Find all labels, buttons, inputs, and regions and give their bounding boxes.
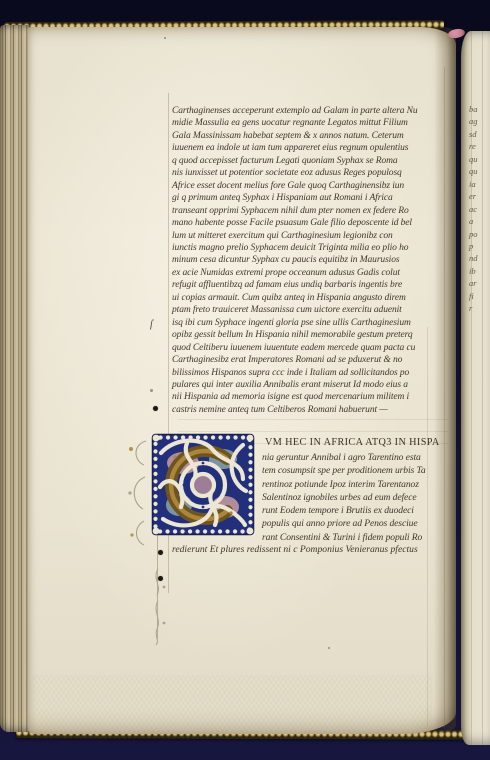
crease-line bbox=[482, 31, 483, 745]
text-fragment: ba bbox=[469, 103, 478, 115]
text-line: bilissimos Hispanos supra ccc inde i Ita… bbox=[172, 367, 448, 379]
text-line: redierunt Et plures redissent ni c Pompo… bbox=[172, 544, 457, 555]
text-fragment: p bbox=[469, 240, 478, 252]
ink-dot bbox=[153, 406, 158, 411]
margin-flourish bbox=[146, 567, 176, 647]
text-fragment: a bbox=[469, 215, 478, 227]
margin-nota-mark: ſ bbox=[150, 319, 153, 330]
text-fragment: nd bbox=[469, 252, 478, 264]
text-line: q quod accepisset facturum Legati quonia… bbox=[172, 155, 448, 167]
page-stack-edge bbox=[0, 25, 30, 732]
text-line: rant Consentini & Turini i fidem populi … bbox=[262, 531, 452, 544]
text-line: iunctis magno prelio Syphacem deuicit Tr… bbox=[172, 242, 448, 254]
text-fragment: r bbox=[469, 302, 478, 314]
text-fragment: ar bbox=[469, 277, 478, 289]
text-line: nii Hispania ad memoria isigne est quod … bbox=[172, 391, 448, 403]
text-line: castris nemine anteq tum Celtiberos Roma… bbox=[172, 404, 448, 416]
page-gutter bbox=[434, 27, 456, 734]
text-fragment: sd bbox=[469, 128, 478, 140]
manuscript-photo: Carthaginenses acceperunt extemplo ad Ga… bbox=[0, 0, 490, 760]
text-fragment: ib bbox=[469, 265, 478, 277]
parchment-texture bbox=[32, 675, 432, 739]
text-line: midie Massulia ea gens uocatur regnante … bbox=[172, 117, 448, 129]
heading-line: VM HEC IN AFRICA ATQ3 IN HISPA bbox=[265, 437, 440, 448]
facing-page-edge: baagsdreququiaeracapopndibarfir bbox=[461, 31, 490, 745]
text-line: nia geruntur Annibal i agro Tarentino es… bbox=[262, 451, 452, 464]
ink-speck bbox=[164, 37, 166, 39]
text-fragment: ac bbox=[469, 203, 478, 215]
text-fragment: ag bbox=[469, 115, 478, 127]
text-line: Africe esset docent melius fore Gale quo… bbox=[172, 180, 448, 192]
facing-text-fragments: baagsdreququiaeracapopndibarfir bbox=[469, 103, 478, 315]
text-line: nis iunxisset ut potentior societate eoz… bbox=[172, 167, 448, 179]
text-line: Carthaginesibz erat Imperatores Romani a… bbox=[172, 354, 448, 366]
text-line: transeant opprimi Syphacem nihil dum pte… bbox=[172, 205, 448, 217]
text-fragment: qu bbox=[469, 165, 478, 177]
text-line: populis qui anno priore ad Penos desciue bbox=[262, 517, 452, 530]
ink-dot bbox=[158, 550, 163, 555]
text-block-primary: Carthaginenses acceperunt extemplo ad Ga… bbox=[172, 105, 448, 416]
text-line: Carthaginenses acceperunt extemplo ad Ga… bbox=[172, 105, 448, 117]
text-line: mano habente posse Facile psuasum Gale f… bbox=[172, 217, 448, 229]
text-fragment: po bbox=[469, 228, 478, 240]
text-line: Salentinoz ignobiles urbes ad eum defece bbox=[262, 491, 452, 504]
text-line: rentinoz potiunde Ipoz interim Tarentano… bbox=[262, 478, 452, 491]
ink-speck bbox=[150, 389, 153, 392]
text-line: pulares qui inter auxilia Annibalis eran… bbox=[172, 379, 448, 391]
text-line: refugit affluentibzq ad famam eius undiq… bbox=[172, 279, 448, 291]
margin-flourish bbox=[124, 431, 152, 551]
text-line: Gala Massinissam habebat septem & x anno… bbox=[172, 130, 448, 142]
text-fragment: re bbox=[469, 140, 478, 152]
text-line: iuuenem ea indole ut iam tum appareret e… bbox=[172, 142, 448, 154]
text-fragment: qu bbox=[469, 153, 478, 165]
text-line: runt Eodem tempore i Brutiis ex duodeci bbox=[262, 504, 452, 517]
text-fragment: fi bbox=[469, 290, 478, 302]
illuminated-initial-panel: C bbox=[151, 433, 255, 536]
text-line: ptam freto trauiceret Massanissa cum uic… bbox=[172, 304, 448, 316]
manuscript-page: Carthaginenses acceperunt extemplo ad Ga… bbox=[28, 27, 456, 734]
text-line: ui copias armauit. Cum quibz anteq in Hi… bbox=[172, 292, 448, 304]
text-line: isq ibi cum Syphace ingenti gloria pse s… bbox=[172, 317, 448, 329]
text-line: gi q primum anteq Syphax i Hispaniam aut… bbox=[172, 192, 448, 204]
text-fragment: ia bbox=[469, 178, 478, 190]
text-fragment: er bbox=[469, 190, 478, 202]
text-line: minum cesa dicuntur Syphax cu paucis equ… bbox=[172, 254, 448, 266]
text-line: tem cosumpsit spe per proditionem urbis … bbox=[262, 464, 452, 477]
text-block-secondary: nia geruntur Annibal i agro Tarentino es… bbox=[262, 451, 452, 544]
initial-artwork bbox=[151, 433, 255, 536]
text-line: opibz gessit bellum In Hispania nihil me… bbox=[172, 329, 448, 341]
text-line: ex acie Numidas extremi prope occeanum a… bbox=[172, 267, 448, 279]
text-line: quod Celtiberu iuuenem iuuentute eadem m… bbox=[172, 342, 448, 354]
ink-speck bbox=[328, 647, 330, 649]
text-line: lum ut mitteret exercitum qui Carthagine… bbox=[172, 230, 448, 242]
